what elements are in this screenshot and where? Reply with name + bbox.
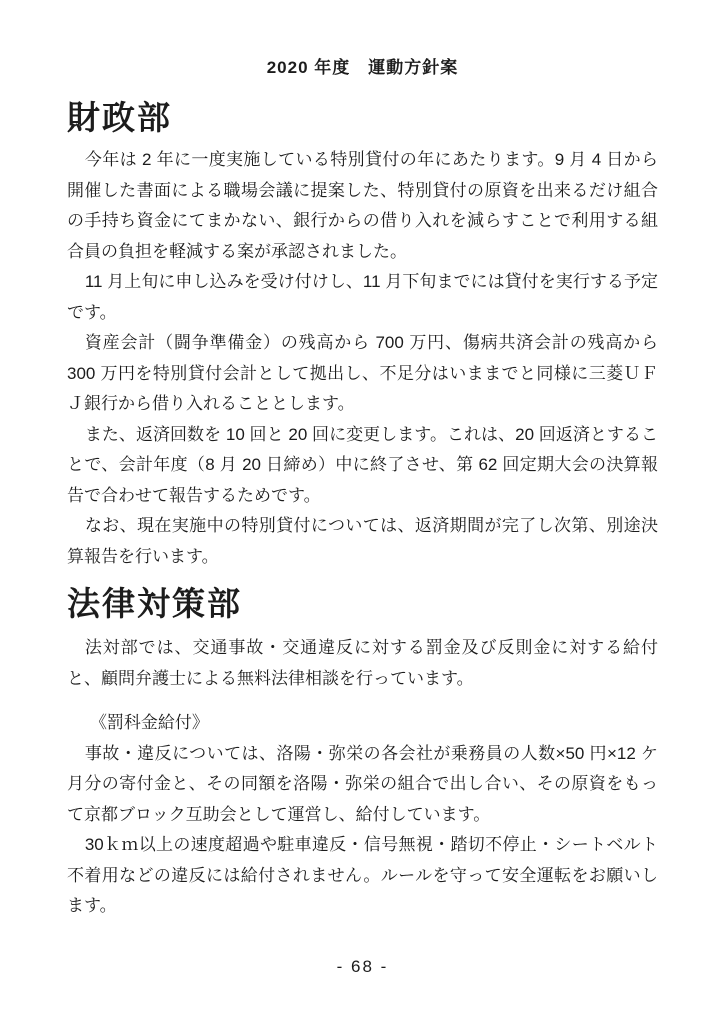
finance-paragraph-4: また、返済回数を 10 回と 20 回に変更します。これは、20 回返済とするこ… <box>67 420 658 512</box>
penalty-paragraph-2: 30ｋｍ以上の速度超過や駐車違反・信号無視・踏切不停止・シートベルト不着用などの… <box>67 830 658 922</box>
penalty-benefit-subheading: 《罰科金給付》 <box>67 708 658 739</box>
document-title: 2020 年度 運動方針案 <box>67 57 658 79</box>
page-number: - 68 - <box>67 955 658 979</box>
legal-intro-paragraph: 法対部では、交通事故・交通違反に対する罰金及び反則金に対する給付と、顧問弁護士に… <box>67 633 658 694</box>
finance-paragraph-5: なお、現在実施中の特別貸付については、返済期間が完了し次第、別途決算報告を行いま… <box>67 511 658 572</box>
finance-paragraph-3: 資産会計（闘争準備金）の残高から 700 万円、傷病共済会計の残高から 300 … <box>67 328 658 420</box>
finance-paragraph-1: 今年は 2 年に一度実施している特別貸付の年にあたります。9 月 4 日から開催… <box>67 145 658 267</box>
section-heading-legal: 法律対策部 <box>67 584 658 624</box>
penalty-paragraph-1: 事故・違反については、洛陽・弥栄の各会社が乗務員の人数×50 円×12 ケ月分の… <box>67 739 658 831</box>
finance-paragraph-2: 11 月上旬に申し込みを受け付けし、11 月下旬までには貸付を実行する予定です。 <box>67 267 658 328</box>
document-page: 2020 年度 運動方針案 財政部 今年は 2 年に一度実施している特別貸付の年… <box>0 0 725 1024</box>
section-heading-finance: 財政部 <box>67 98 658 138</box>
